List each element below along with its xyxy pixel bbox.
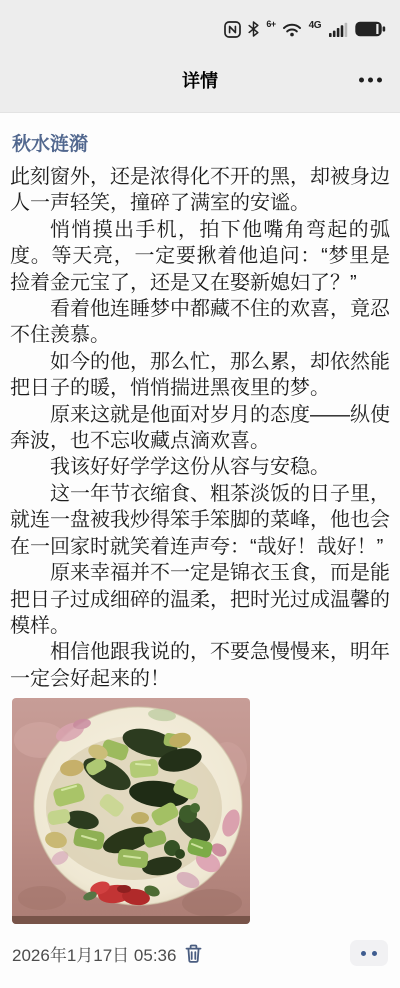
meta-row: 2026年1月17日 05:36 [12, 940, 388, 966]
bluetooth-icon [248, 21, 259, 37]
phone-screen: 6+ 4G [0, 0, 400, 988]
signal-bars-icon [329, 22, 348, 37]
more-actions-button[interactable] [350, 940, 388, 966]
paragraph: 如今的他，那么忙，那么累，却依然能把日子的暖，悄悄揣进黑夜里的梦。 [10, 349, 390, 402]
paragraph: 原来幸福并不一定是锦衣玉食，而是能把日子过成细碎的温柔，把时光过成温馨的模样。 [10, 560, 390, 639]
wifi-icon [282, 21, 302, 37]
paragraph: 这一年节衣缩食、粗茶淡饭的日子里，就连一盘被我炒得笨手笨脚的菜峰，他也会在一回家… [10, 481, 390, 560]
delete-button[interactable] [185, 944, 202, 963]
nfc-icon [224, 21, 241, 38]
page-title: 详情 [182, 67, 218, 93]
diary-body: 此刻窗外，还是浓得化不开的黑，却被身边人一声轻笑，撞碎了满室的安谧。 悄悄摸出手… [10, 164, 390, 692]
attachment-food-photo[interactable] [12, 698, 250, 924]
paragraph: 悄悄摸出手机，拍下他嘴角弯起的弧度。等天亮，一定要揪着他追问：“梦里是捡着金元宝… [10, 217, 390, 296]
status-bar: 6+ 4G [0, 0, 400, 48]
network-type-label: 4G [309, 20, 321, 31]
more-menu-icon[interactable] [357, 72, 384, 89]
wifi6-badge: 6+ [266, 19, 275, 29]
paragraph: 看着他连睡梦中都藏不住的欢喜，竟忍不住羡慕。 [10, 296, 390, 349]
entry-datetime: 2026年1月17日 05:36 [12, 941, 176, 966]
paragraph: 我该好好学学这份从容与安稳。 [10, 454, 390, 480]
nav-bar: 详情 [0, 48, 400, 112]
top-chrome: 6+ 4G [0, 0, 400, 113]
paragraph: 原来这就是他面对岁月的态度——纵使奔波，也不忘收藏点滴欢喜。 [10, 402, 390, 455]
paragraph: 相信他跟我说的，不要急慢慢来，明年一定会好起来的！ [10, 639, 390, 692]
battery-icon [355, 21, 386, 37]
detail-content: 秋水涟漪 此刻窗外，还是浓得化不开的黑，却被身边人一声轻笑，撞碎了满室的安谧。 … [0, 113, 400, 966]
author-name: 秋水涟漪 [12, 129, 390, 156]
paragraph: 此刻窗外，还是浓得化不开的黑，却被身边人一声轻笑，撞碎了满室的安谧。 [10, 164, 390, 217]
